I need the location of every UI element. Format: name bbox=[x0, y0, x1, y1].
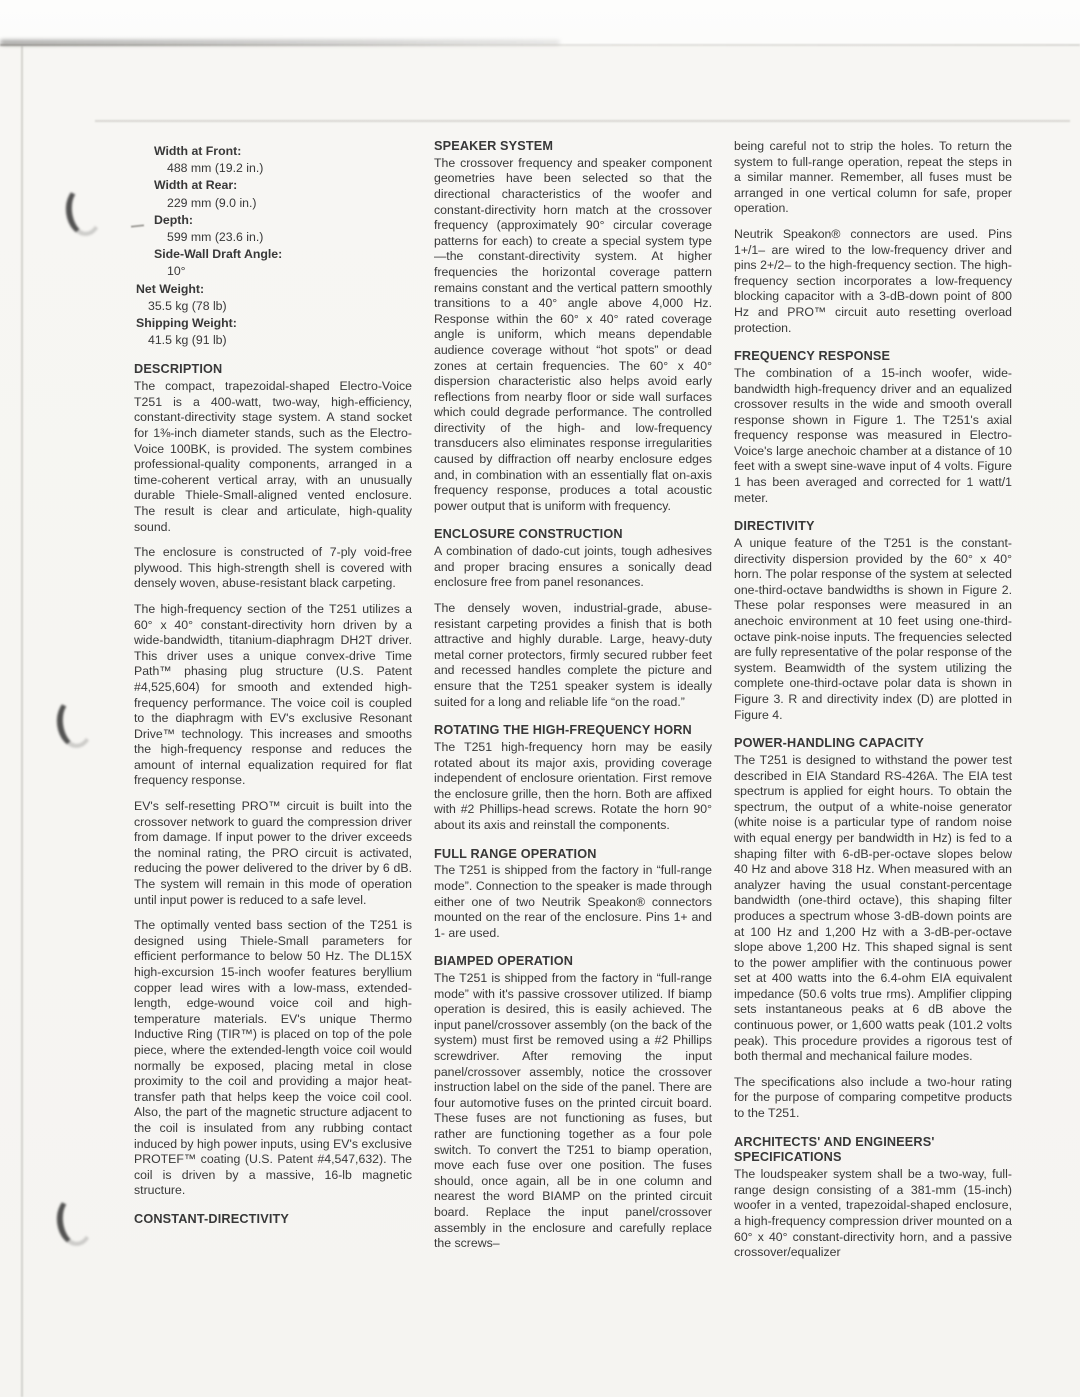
section-heading: POWER-HANDLING CAPACITY bbox=[734, 736, 1012, 752]
section-heading: ROTATING THE HIGH-FREQUENCY HORN bbox=[434, 723, 712, 739]
spec-label: Width at Front: bbox=[134, 143, 412, 160]
section: DIRECTIVITYA unique feature of the T251 … bbox=[734, 519, 1012, 723]
section: being careful not to strip the holes. To… bbox=[734, 139, 1012, 336]
scan-top-edge bbox=[0, 44, 1080, 46]
spec-value: 35.5 kg (78 lb) bbox=[134, 298, 412, 315]
paragraph: The densely woven, industrial-grade, abu… bbox=[434, 601, 712, 710]
section-heading: FULL RANGE OPERATION bbox=[434, 847, 712, 863]
spec-value: 488 mm (19.2 in.) bbox=[134, 160, 412, 177]
column-1: Width at Front:488 mm (19.2 in.)Width at… bbox=[134, 139, 412, 1261]
paragraph: being careful not to strip the holes. To… bbox=[734, 139, 1012, 217]
hole-punch-mark-middle bbox=[54, 696, 96, 750]
section-heading: ENCLOSURE CONSTRUCTION bbox=[434, 527, 712, 543]
section: BIAMPED OPERATIONThe T251 is shipped fro… bbox=[434, 954, 712, 1251]
spec-label: Shipping Weight: bbox=[134, 315, 412, 332]
section-heading: CONSTANT-DIRECTIVITY bbox=[134, 1212, 412, 1228]
paragraph: The combination of a 15-inch woofer, wid… bbox=[734, 366, 1012, 506]
paragraph: The crossover frequency and speaker comp… bbox=[434, 156, 712, 515]
spec-value: 10° bbox=[134, 263, 412, 280]
paragraph: The T251 is designed to withstand the po… bbox=[734, 753, 1012, 1065]
section-heading: FREQUENCY RESPONSE bbox=[734, 349, 1012, 365]
spec-label: Width at Rear: bbox=[134, 177, 412, 194]
section: ENCLOSURE CONSTRUCTIONA combination of d… bbox=[434, 527, 712, 710]
paragraph: The T251 is shipped from the factory in … bbox=[434, 863, 712, 941]
hole-punch-mark-top bbox=[63, 184, 105, 238]
section-heading: DESCRIPTION bbox=[134, 362, 412, 378]
spec-label: Side-Wall Draft Angle: bbox=[134, 246, 412, 263]
paragraph: The high-frequency section of the T251 u… bbox=[134, 602, 412, 789]
section: POWER-HANDLING CAPACITYThe T251 is desig… bbox=[734, 736, 1012, 1121]
scan-left-edge bbox=[21, 46, 23, 1397]
section-heading: SPEAKER SYSTEM bbox=[434, 139, 712, 155]
paragraph: Neutrik Speakon® connectors are used. Pi… bbox=[734, 227, 1012, 336]
section: ARCHITECTS' AND ENGINEERS' SPECIFICATION… bbox=[734, 1135, 1012, 1261]
section: ROTATING THE HIGH-FREQUENCY HORNThe T251… bbox=[434, 723, 712, 833]
section-heading: ARCHITECTS' AND ENGINEERS' SPECIFICATION… bbox=[734, 1135, 1012, 1167]
hole-punch-mark-bottom bbox=[54, 1194, 96, 1248]
paragraph: The T251 is shipped from the factory in … bbox=[434, 971, 712, 1252]
spec-label: Depth: bbox=[134, 212, 412, 229]
paragraph: The specifications also include a two-ho… bbox=[734, 1075, 1012, 1122]
section: FULL RANGE OPERATIONThe T251 is shipped … bbox=[434, 847, 712, 942]
section: SPEAKER SYSTEMThe crossover frequency an… bbox=[434, 139, 712, 514]
column-2: SPEAKER SYSTEMThe crossover frequency an… bbox=[434, 139, 712, 1261]
paragraph: The loudspeaker system shall be a two-wa… bbox=[734, 1167, 1012, 1261]
columns: Width at Front:488 mm (19.2 in.)Width at… bbox=[134, 139, 1012, 1261]
scan-streak bbox=[95, 120, 1070, 122]
paragraph: EV's self-resetting PRO™ circuit is buil… bbox=[134, 799, 412, 908]
spec-value: 229 mm (9.0 in.) bbox=[134, 195, 412, 212]
paragraph: The optimally vented bass section of the… bbox=[134, 918, 412, 1199]
section: DESCRIPTIONThe compact, trapezoidal-shap… bbox=[134, 362, 412, 1198]
spec-list: Width at Front:488 mm (19.2 in.)Width at… bbox=[134, 143, 412, 349]
paragraph: A combination of dado-cut joints, tough … bbox=[434, 544, 712, 591]
spec-value: 599 mm (23.6 in.) bbox=[134, 229, 412, 246]
document-page: Width at Front:488 mm (19.2 in.)Width at… bbox=[0, 0, 1080, 1397]
paragraph: The compact, trapezoidal-shaped Electro-… bbox=[134, 379, 412, 535]
section-heading: BIAMPED OPERATION bbox=[434, 954, 712, 970]
spec-value: 41.5 kg (91 lb) bbox=[134, 332, 412, 349]
paragraph: The enclosure is constructed of 7-ply vo… bbox=[134, 545, 412, 592]
section: CONSTANT-DIRECTIVITY bbox=[134, 1212, 412, 1228]
column-3: being careful not to strip the holes. To… bbox=[734, 139, 1012, 1261]
section: FREQUENCY RESPONSEThe combination of a 1… bbox=[734, 349, 1012, 506]
spec-label: Net Weight: bbox=[134, 281, 412, 298]
paragraph: The T251 high-frequency horn may be easi… bbox=[434, 740, 712, 834]
section-heading: DIRECTIVITY bbox=[734, 519, 1012, 535]
paragraph: A unique feature of the T251 is the cons… bbox=[734, 536, 1012, 723]
